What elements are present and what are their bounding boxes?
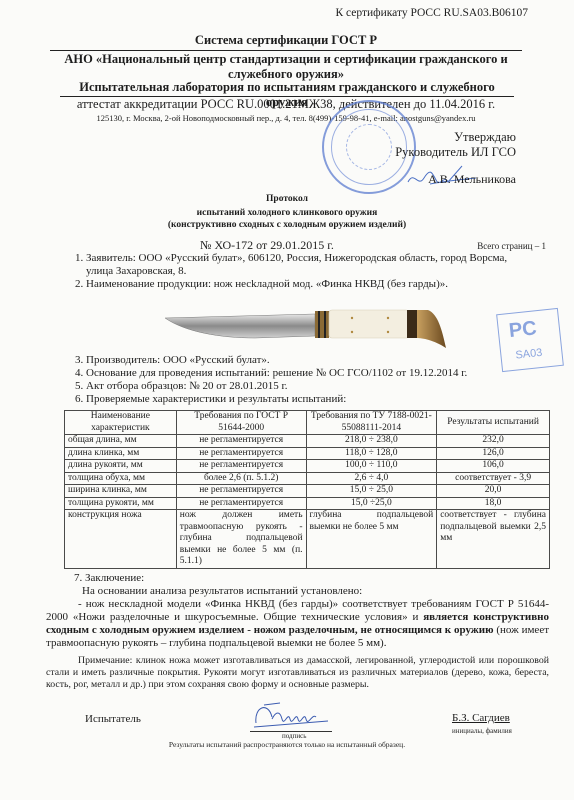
certificate-reference: К сертификату РОСС RU.SA03.B06107: [335, 7, 528, 19]
sampling-act-line: 5. Акт отбора образцов: № 20 от 28.01.20…: [75, 380, 287, 393]
table-cell: 126,0: [437, 447, 550, 460]
test-basis-line: 4. Основание для проведения испытаний: р…: [75, 367, 467, 380]
table-cell: не регламентируется: [176, 485, 306, 498]
protocol-title: Протокол: [60, 194, 514, 204]
tester-name-caption: инициалы, фамилия: [452, 727, 512, 735]
approver-name: А.В. Мельникова: [428, 172, 516, 187]
table-cell: 118,0 ÷ 128,0: [306, 447, 437, 460]
table-row: длина клинка, мм не регламентируется 118…: [65, 447, 550, 460]
protocol-subtitle-2: (конструктивно сходных с холодным оружие…: [60, 220, 514, 230]
table-cell: конструкция ножа: [65, 510, 177, 569]
table-cell: не регламентируется: [176, 460, 306, 473]
manufacturer-line: 3. Производитель: ООО «Русский булат».: [75, 354, 270, 367]
address-line: 125130, г. Москва, 2-ой Новоподмосковный…: [50, 113, 522, 123]
pct-conformity-mark-icon: PC SA03: [496, 308, 564, 372]
product-name: 2. Наименование продукции: нож несkладно…: [75, 278, 448, 291]
table-cell: более 2,6 (п. 5.1.2): [176, 472, 306, 485]
table-cell: нож должен иметь травмоопасную рукоять -…: [176, 510, 306, 569]
conclusion-text: - нож нескладной модели «Финка НКВД (без…: [46, 598, 549, 650]
protocol-number: № ХО-172 от 29.01.2015 г.: [200, 238, 334, 253]
table-cell: 218,0 ÷ 238,0: [306, 435, 437, 448]
table-cell: 15,0 ÷25,0: [306, 497, 437, 510]
knife-photo-icon: [160, 300, 460, 350]
column-header: Требования по ТУ 7188-0021-55088111-2014: [306, 411, 437, 435]
approval-role: Руководитель ИЛ ГСО: [395, 145, 516, 160]
table-cell: длина рукояти, мм: [65, 460, 177, 473]
protocol-subtitle: испытаний холодного клинкового оружия: [60, 208, 514, 218]
table-row: ширина клинка, мм не регламентируется 15…: [65, 485, 550, 498]
table-cell: толщина рукояти, мм: [65, 497, 177, 510]
table-row: толщина рукояти, мм не регламентируется …: [65, 497, 550, 510]
signature-caption: подпись: [282, 732, 306, 740]
table-cell: 20,0: [437, 485, 550, 498]
page-count: Всего страниц – 1: [477, 241, 546, 251]
table-cell: 15,0 ÷ 25,0: [306, 485, 437, 498]
results-table: Наименование характеристик Требования по…: [64, 410, 550, 569]
table-row: длина рукояти, мм не регламентируется 10…: [65, 460, 550, 473]
conclusion-heading: 7. Заключение:: [74, 572, 574, 585]
table-cell: не регламентируется: [176, 497, 306, 510]
applicant-address: улица Захаровская, 8.: [86, 265, 186, 278]
table-row: общая длина, мм не регламентируется 218,…: [65, 435, 550, 448]
table-cell: глубина подпальцевой выемки не более 5 м…: [306, 510, 437, 569]
tester-role: Испытатель: [85, 713, 141, 725]
conclusion-intro: На основании анализа результатов испытан…: [82, 585, 574, 598]
system-title: Система сертификации ГОСТ Р: [50, 33, 522, 48]
table-cell: не регламентируется: [176, 435, 306, 448]
column-header: Результаты испытаний: [437, 411, 550, 435]
table-cell: 18,0: [437, 497, 550, 510]
applicant-line: 1. Заявитель: ООО «Русский булат», 60612…: [75, 252, 555, 265]
footer-note: Результаты испытаний распространяются то…: [0, 740, 574, 749]
table-row: конструкция ножа нож должен иметь травмо…: [65, 510, 550, 569]
table-cell: 100,0 ÷ 110,0: [306, 460, 437, 473]
table-header-row: Наименование характеристик Требования по…: [65, 411, 550, 435]
conclusion-note: Примечание: клинок ножа может изготавлив…: [46, 655, 549, 691]
table-cell: толщина обуха, мм: [65, 472, 177, 485]
table-cell: 232,0: [437, 435, 550, 448]
organization-name: АНО «Национальный центр стандартизации и…: [50, 52, 522, 82]
checked-characteristics-heading: 6. Проверяемые характеристики и результа…: [75, 393, 346, 406]
table-cell: не регламентируется: [176, 447, 306, 460]
table-cell: соответствует - 3,9: [437, 472, 550, 485]
accreditation-line: аттестат аккредитации РОСС RU.0001.21МЖ3…: [50, 97, 522, 112]
column-header: Требования по ГОСТ Р 51644-2000: [176, 411, 306, 435]
header-divider: [50, 50, 522, 51]
table-row: толщина обуха, мм более 2,6 (п. 5.1.2) 2…: [65, 472, 550, 485]
table-cell: общая длина, мм: [65, 435, 177, 448]
table-cell: ширина клинка, мм: [65, 485, 177, 498]
table-cell: 2,6 ÷ 4,0: [306, 472, 437, 485]
tester-signature-icon: [250, 697, 330, 729]
table-cell: 106,0: [437, 460, 550, 473]
approval-line: Утверждаю: [454, 130, 516, 145]
table-cell: соответствует - глубина подпальцевой вые…: [437, 510, 550, 569]
table-cell: длина клинка, мм: [65, 447, 177, 460]
tester-name: Б.З. Сагдиев: [452, 712, 510, 724]
column-header: Наименование характеристик: [65, 411, 177, 435]
